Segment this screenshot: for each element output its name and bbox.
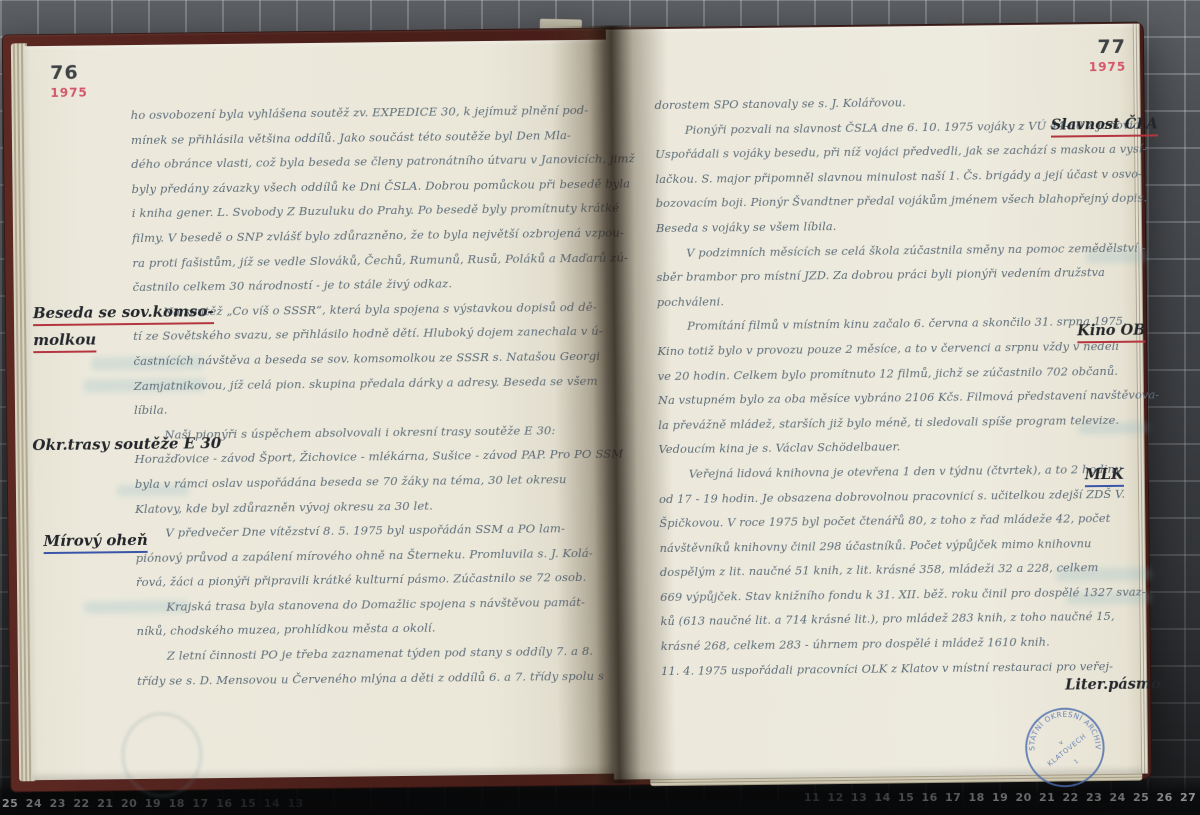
handwritten-line: třídy se s. D. Mensovou u Červeného mlýn… bbox=[137, 663, 599, 693]
ruler-number: 19 bbox=[145, 797, 161, 810]
margin-note-slavnost-cla: Slavnost ČLA bbox=[1051, 115, 1158, 137]
ruler-number: 22 bbox=[73, 797, 89, 810]
margin-note-line: Mírový oheň bbox=[43, 531, 147, 554]
handwritten-line: sběr brambor pro místní JZD. Za dobrou p… bbox=[656, 260, 1098, 290]
page-number: 77 bbox=[1088, 36, 1126, 58]
margin-note-line: MLK bbox=[1085, 466, 1124, 487]
ruler-number: 23 bbox=[1086, 791, 1102, 804]
faint-stamp-impression bbox=[121, 712, 202, 797]
margin-note-liter-pasmo: Liter.pásmo bbox=[1065, 675, 1161, 693]
margin-note-line: Liter.pásmo bbox=[1065, 675, 1161, 693]
ruler-number: 24 bbox=[1110, 791, 1126, 804]
handwritten-text-left: ho osvobození byla vyhlášena soutěž zv. … bbox=[131, 98, 600, 693]
margin-note-beseda: Beseda se sov.komso- molkou bbox=[33, 302, 214, 358]
year-label: 1975 bbox=[50, 86, 88, 100]
ruler-number: 19 bbox=[992, 791, 1008, 804]
ruler-number: 21 bbox=[1039, 791, 1055, 804]
ruler-number: 16 bbox=[216, 797, 232, 810]
ruler-number: 11 bbox=[804, 791, 820, 804]
ruler-number: 13 bbox=[851, 791, 867, 804]
page-number-block: 76 1975 bbox=[50, 62, 88, 100]
ruler-number: 25 bbox=[2, 797, 18, 810]
handwritten-text-right: dorostem SPO stanovaly se s. J. Kolářovo… bbox=[654, 88, 1103, 683]
margin-note-kino-ob: Kino OB bbox=[1077, 322, 1145, 344]
handwritten-line: 11. 4. 1975 uspořádali pracovníci OLK z … bbox=[661, 654, 1103, 684]
ruler-number: 20 bbox=[121, 797, 137, 810]
page-number-block: 77 1975 bbox=[1088, 36, 1126, 74]
margin-note-okr-trasy: Okr.trasy soutěže E 30 bbox=[32, 434, 221, 454]
handwritten-line: byla v rámci oslav uspořádána beseda se … bbox=[135, 467, 597, 497]
stamp-arc-text: STÁTNÍ OKRESNÍ ARCHIV bbox=[1027, 709, 1103, 751]
ruler-number: 13 bbox=[288, 797, 304, 810]
ruler-number: 15 bbox=[898, 791, 914, 804]
archive-photo-of-chronicle: 25242322212019181716151413 1112131415161… bbox=[0, 0, 1200, 815]
ruler-number: 12 bbox=[828, 791, 844, 804]
year-label: 1975 bbox=[1089, 60, 1127, 74]
ruler-number: 17 bbox=[945, 791, 961, 804]
ruler-number: 21 bbox=[97, 797, 113, 810]
page-77: 77 1975 Slavnost ČLA Kino OB MLK Liter.p… bbox=[606, 24, 1148, 780]
ruler-number: 22 bbox=[1063, 791, 1079, 804]
ruler-number: 17 bbox=[192, 797, 208, 810]
margin-note-line: molkou bbox=[33, 330, 96, 353]
handwritten-line: bozovacím boji. Pionýr Švandtner předal … bbox=[656, 186, 1098, 216]
chronicle-book: 76 1975 Beseda se sov.komso- molkou Okr.… bbox=[2, 20, 1153, 791]
ruler-number: 15 bbox=[240, 797, 256, 810]
ruler-number: 26 bbox=[1157, 791, 1173, 804]
stamp-center-small: v bbox=[1058, 739, 1065, 747]
ruler-number: 24 bbox=[26, 797, 42, 810]
margin-note-line: Beseda se sov.komso- bbox=[33, 302, 214, 326]
svg-text:STÁTNÍ OKRESNÍ ARCHIV: STÁTNÍ OKRESNÍ ARCHIV bbox=[1027, 709, 1103, 751]
ruler-number: 14 bbox=[875, 791, 891, 804]
margin-note-mlk: MLK bbox=[1085, 466, 1124, 487]
stamp-center-main: KLATOVECH bbox=[1046, 732, 1088, 768]
ruler-scale-left: 25242322212019181716151413 bbox=[0, 797, 330, 813]
ruler-number: 14 bbox=[264, 797, 280, 810]
ruler-number: 27 bbox=[1180, 791, 1196, 804]
margin-note-mirovy-ohen: Mírový oheň bbox=[43, 531, 147, 554]
ruler-number: 18 bbox=[169, 797, 185, 810]
ruler-number: 18 bbox=[969, 791, 985, 804]
ruler-number: 25 bbox=[1133, 791, 1149, 804]
ruler-number: 23 bbox=[50, 797, 66, 810]
margin-note-line: Okr.trasy soutěže E 30 bbox=[32, 434, 221, 454]
margin-note-line: Kino OB bbox=[1077, 322, 1145, 344]
archive-round-stamp: STÁTNÍ OKRESNÍ ARCHIV v KLATOVECH 1 bbox=[1019, 702, 1110, 793]
ruler-scale-right: 1112131415161718192021222324252627 bbox=[804, 791, 1200, 807]
ruler-number: 16 bbox=[922, 791, 938, 804]
stamp-number: 1 bbox=[1073, 758, 1080, 765]
page-number: 76 bbox=[50, 62, 88, 84]
margin-note-line: Slavnost ČLA bbox=[1051, 115, 1158, 137]
page-76: 76 1975 Beseda se sov.komso- molkou Okr.… bbox=[24, 40, 614, 781]
